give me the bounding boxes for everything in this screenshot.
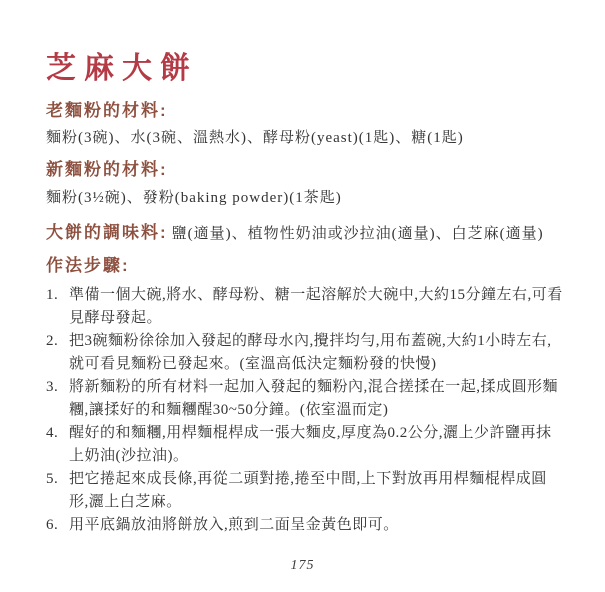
section-body-new-dough: 麵粉(3½碗)、發粉(baking powder)(1茶匙) <box>46 188 565 210</box>
step-item: 醒好的和麵糰,用桿麵棍桿成一張大麵皮,厚度為0.2公分,灑上少許鹽再抹上奶油(沙… <box>46 422 565 467</box>
page-number: 175 <box>0 558 605 574</box>
section-heading-new-dough: 新麵粉的材料: <box>46 160 565 180</box>
step-item: 把3碗麵粉徐徐加入發起的酵母水內,攪拌均勻,用布蓋碗,大約1小時左右,就可看見麵… <box>46 330 565 375</box>
step-item: 將新麵粉的所有材料一起加入發起的麵粉內,混合搓揉在一起,揉成圓形麵糰,讓揉好的和… <box>46 376 565 421</box>
section-body-seasoning: 鹽(適量)、植物性奶油或沙拉油(適量)、白芝麻(適量) <box>172 226 544 242</box>
recipe-page: 芝麻大餅 老麵粉的材料: 麵粉(3碗)、水(3碗、溫熱水)、酵母粉(yeast)… <box>0 0 605 592</box>
section-heading-old-dough: 老麵粉的材料: <box>46 101 565 121</box>
step-item: 準備一個大碗,將水、酵母粉、糖一起溶解於大碗中,大約15分鐘左右,可看見酵母發起… <box>46 284 565 329</box>
recipe-title: 芝麻大餅 <box>46 52 565 85</box>
section-row-seasoning: 大餅的調味料:鹽(適量)、植物性奶油或沙拉油(適量)、白芝麻(適量) <box>46 221 565 246</box>
section-heading-seasoning: 大餅的調味料: <box>46 223 168 242</box>
section-body-old-dough: 麵粉(3碗)、水(3碗、溫熱水)、酵母粉(yeast)(1匙)、糖(1匙) <box>46 128 565 150</box>
step-item: 把它捲起來成長條,再從二頭對捲,捲至中間,上下對放再用桿麵棍桿成圓形,灑上白芝麻… <box>46 468 565 513</box>
steps-list: 準備一個大碗,將水、酵母粉、糖一起溶解於大碗中,大約15分鐘左右,可看見酵母發起… <box>46 284 565 537</box>
steps-heading: 作法步驟: <box>46 256 565 276</box>
step-item: 用平底鍋放油將餅放入,煎到二面呈金黃色即可。 <box>46 514 565 537</box>
